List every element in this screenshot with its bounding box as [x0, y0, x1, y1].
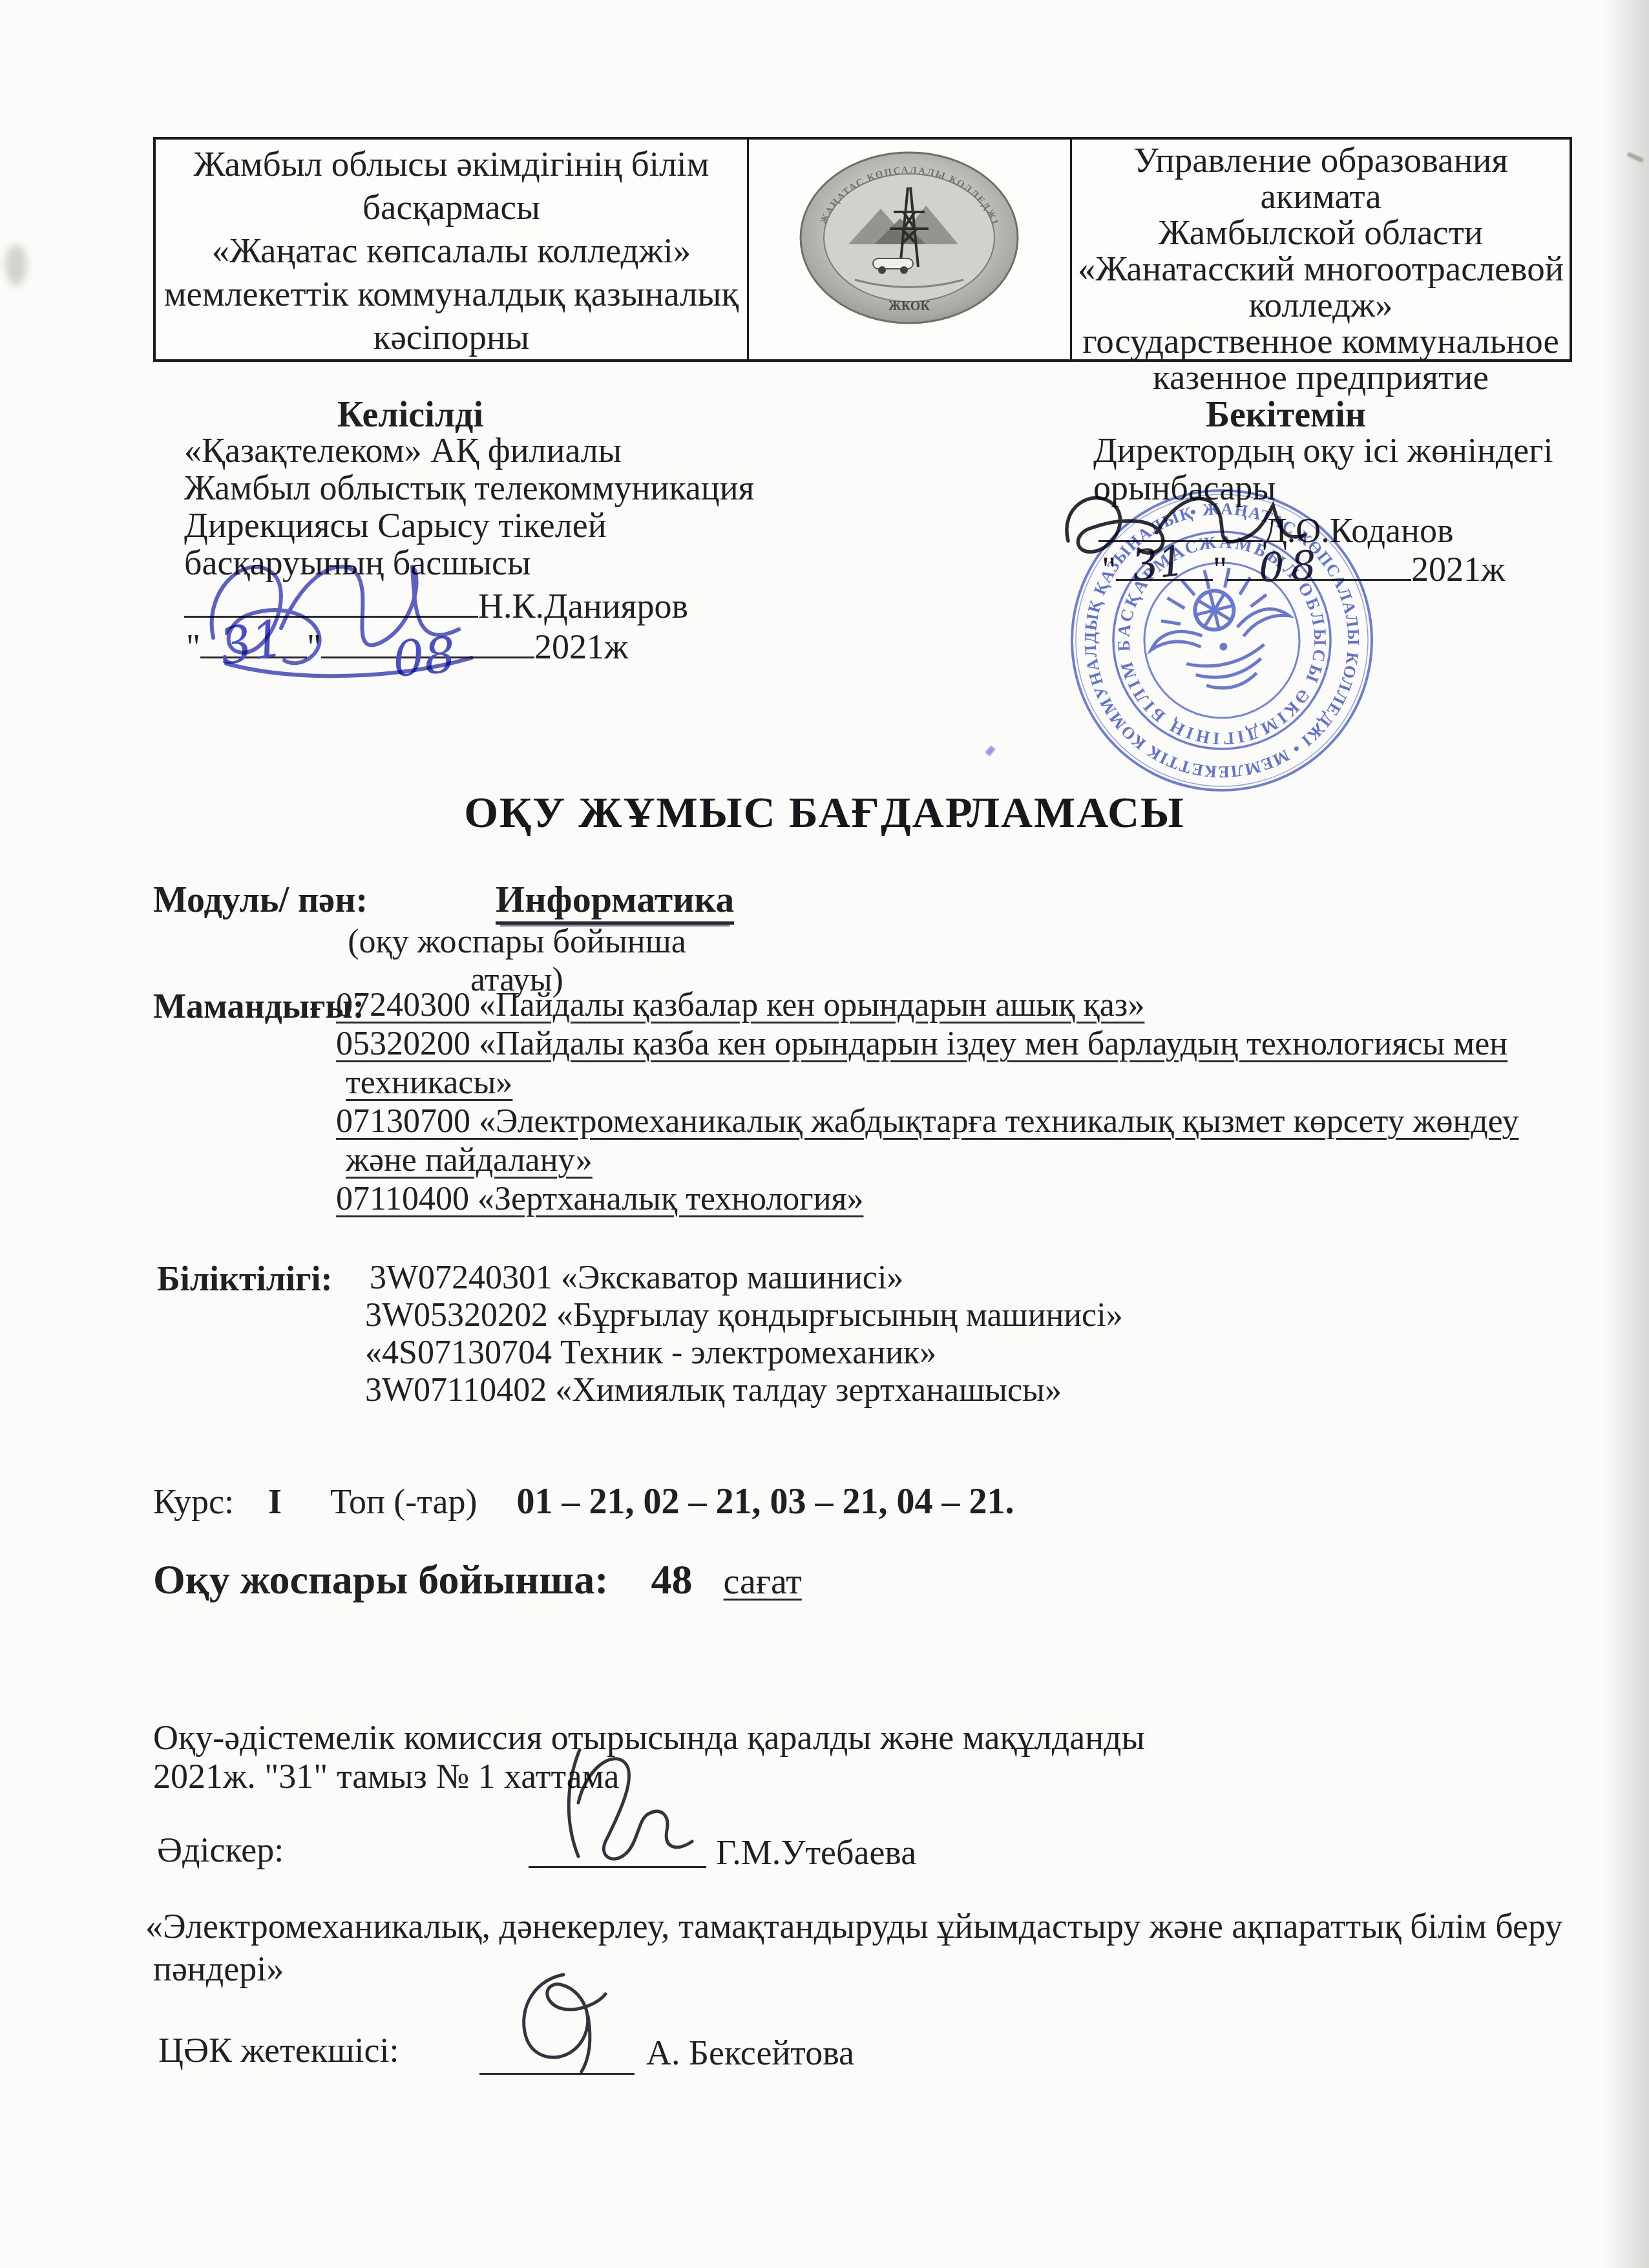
- signature-utebaeva: [540, 1724, 727, 1876]
- cak-label: ЦӘК жетекшісі:: [158, 2030, 399, 2070]
- module-value: Информатика: [496, 878, 734, 925]
- plan-hours: 48: [651, 1557, 693, 1602]
- agreed-line: «Қазақтелеком» АҚ филиалы: [184, 432, 754, 469]
- specialty-line: 07130700 «Электромеханикалық жабдықтарға…: [336, 1102, 1519, 1140]
- specialty-line: техникасы»: [346, 1064, 512, 1102]
- org-kk-line: кәсіпорны: [156, 315, 747, 359]
- signature-daniyarov: [187, 531, 491, 693]
- header-logo-cell: ЖАҢАТАС КӨПСАЛАЛЫ КОЛЛЕДЖІ: [749, 140, 1072, 359]
- group-values: 01 – 21, 02 – 21, 03 – 21, 04 – 21.: [516, 1482, 1014, 1522]
- org-ru-line: Жамбылской области: [1072, 215, 1570, 251]
- signature-bekseitova: [491, 1957, 640, 2083]
- org-kk-line: басқармасы: [156, 185, 747, 229]
- qualification-line: 3W05320202 «Бұрғылау қондырғысының машин…: [365, 1296, 1123, 1334]
- course-row: Курс: I Топ (-тар) 01 – 21, 02 – 21, 03 …: [153, 1481, 1014, 1522]
- methodist-label: Әдіскер:: [157, 1830, 284, 1870]
- qualification-line: 3W07240301 «Экскаватор машинисі»: [370, 1259, 903, 1297]
- approved-year: 2021ж: [1411, 550, 1505, 589]
- specialty-line: 07240300 «Пайдалы қазбалар кен орындарын…: [336, 986, 1144, 1024]
- org-kk-line: Жамбыл облысы әкімдігінің білім: [156, 142, 747, 185]
- course-value: I: [268, 1482, 282, 1521]
- header-table: Жамбыл облысы әкімдігінің білім басқарма…: [153, 137, 1572, 362]
- qualification-line: 3W07110402 «Химиялық талдау зертханашысы…: [365, 1371, 1062, 1409]
- scanned-document-page: { "header_table": { "left_lines": [ "Жам…: [0, 0, 1649, 2268]
- agreed-line: Жамбыл облыстық телекоммуникация: [184, 469, 754, 507]
- course-label: Курс:: [153, 1482, 234, 1521]
- scan-edge-shadow: [1604, 0, 1649, 2268]
- specialty-line: 07110400 «Зертханалық технология»: [336, 1180, 863, 1218]
- agreed-heading: Келісілді: [184, 394, 636, 436]
- seal-bottom-text: ЖКОК: [888, 299, 930, 313]
- specialty-line: және пайдалану»: [346, 1141, 593, 1179]
- header-org-kazakh: Жамбыл облысы әкімдігінің білім басқарма…: [156, 140, 749, 359]
- ink-speck: [985, 746, 996, 757]
- org-ru-line: «Жанатасский многоотраслевой: [1072, 251, 1570, 287]
- document-title: ОҚУ ЖҰМЫС БАҒДАРЛАМАСЫ: [0, 787, 1649, 838]
- org-ru-line: казенное предприятие: [1072, 359, 1570, 395]
- specialty-line: 05320200 «Пайдалы қазба кен орындарын із…: [336, 1025, 1507, 1063]
- org-ru-line: государственное коммунальное: [1072, 323, 1570, 359]
- org-ru-line: колледж»: [1072, 287, 1570, 323]
- department-line2: пәндері»: [153, 1949, 284, 1989]
- plan-label: Оқу жоспары бойынша:: [153, 1557, 609, 1602]
- group-label: Топ (-тар): [330, 1482, 478, 1521]
- org-kk-line: «Жаңатас көпсалалы колледжі»: [156, 229, 747, 272]
- scan-smudge: [5, 244, 27, 286]
- module-label: Модуль/ пән:: [153, 880, 368, 920]
- plan-unit: сағат: [724, 1562, 802, 1602]
- module-row: Модуль/ пән: Информатика: [153, 877, 734, 921]
- org-ru-line: Управление образования акимата: [1072, 142, 1570, 215]
- approved-heading: Бекітемін: [1092, 394, 1480, 436]
- agreed-year: 2021ж: [534, 627, 628, 666]
- agreed-signer-name: Н.К.Данияров: [478, 587, 688, 625]
- methodist-name: Г.М.Утебаева: [716, 1832, 916, 1873]
- department-line1: «Электромеханикалық, дәнекерлеу, тамақта…: [145, 1906, 1562, 1946]
- college-seal-logo: ЖАҢАТАС КӨПСАЛАЛЫ КОЛЛЕДЖІ: [797, 147, 1022, 328]
- plan-row: Оқу жоспары бойынша: 48 сағат: [153, 1556, 802, 1604]
- qualification-label: Біліктілігі:: [157, 1259, 332, 1299]
- header-org-russian: Управление образования акимата Жамбылско…: [1072, 140, 1570, 359]
- qualification-line: «4S07130704 Техник - электромеханик»: [365, 1334, 936, 1372]
- org-kk-line: мемлекеттік коммуналдық қазыналық: [156, 272, 747, 315]
- specialty-label: Мамандығы:: [153, 986, 364, 1026]
- official-round-stamp: • ЖАҢАТАС КӨПСАЛАЛЫ КОЛЛЕДЖІ • МЕМЛЕКЕТТ…: [1067, 486, 1376, 795]
- approved-line: Директордың оқу ісі жөніндегі: [1093, 432, 1553, 469]
- cak-name: А. Бексейтова: [646, 2033, 854, 2073]
